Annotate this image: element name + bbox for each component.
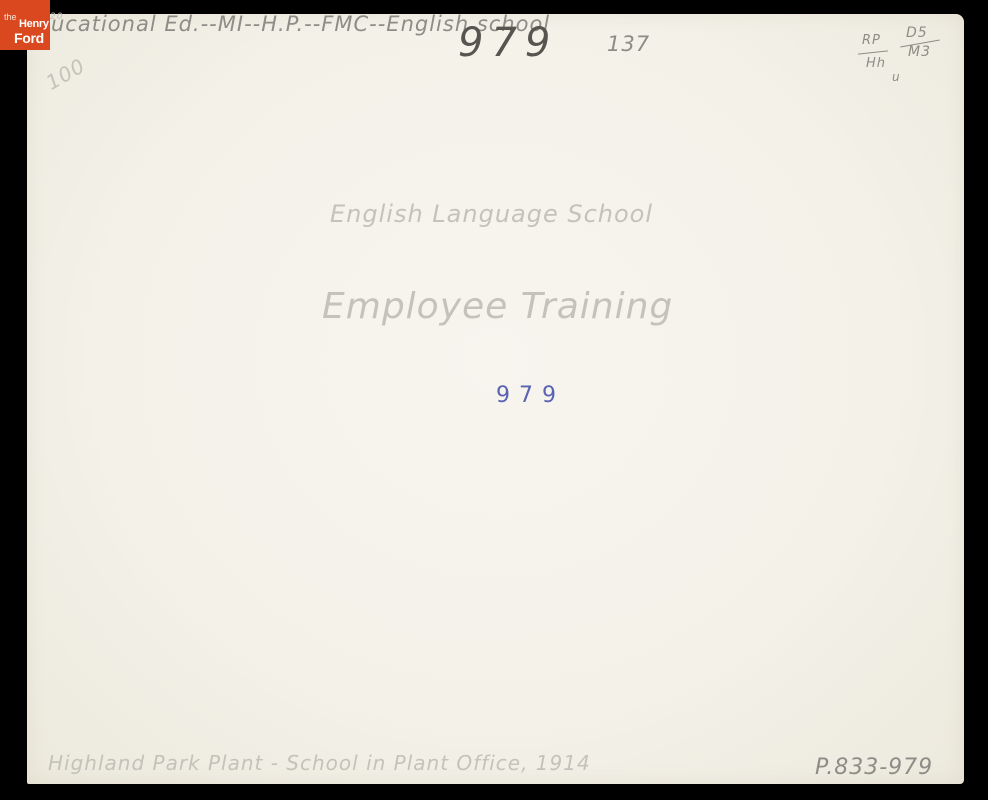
top-number: 979 <box>458 20 558 66</box>
code-hh: Hh <box>866 56 886 71</box>
middle-line-1: English Language School <box>330 200 653 228</box>
code-rp: RP <box>862 33 881 48</box>
code-d5: D5 <box>906 25 928 41</box>
catalog-number: P.833-979 <box>815 755 933 780</box>
code-m3: M3 <box>908 44 931 60</box>
bottom-caption: Highland Park Plant - School in Plant Of… <box>48 751 591 775</box>
logo-henry: Henry <box>19 19 49 30</box>
middle-number: 979 <box>496 383 565 408</box>
code-u: u <box>892 70 901 84</box>
top-count: 137 <box>607 32 650 56</box>
middle-line-2: Employee Training <box>322 286 673 327</box>
logo-ford: Ford <box>14 31 44 45</box>
henry-ford-logo[interactable]: the Henry Ford <box>0 0 50 50</box>
logo-the: the <box>4 13 17 22</box>
